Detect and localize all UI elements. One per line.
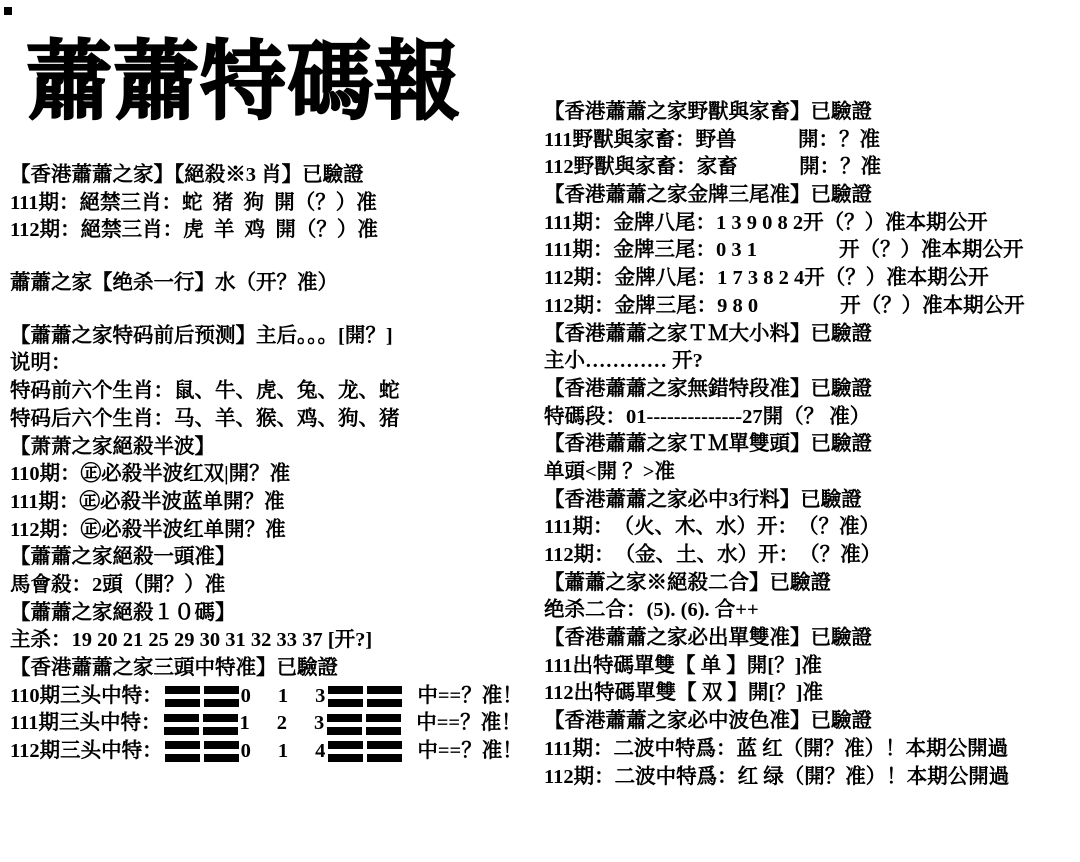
censored-block-icon [162, 714, 240, 735]
section-header-line: 【香港蕭蕭之家三頭中特准】已驗證 [10, 655, 538, 683]
text-line: 112期：絕禁三肖：虎 羊 鸡 開（？）准 [10, 217, 538, 245]
row-label: 111期三头中特： [10, 710, 162, 738]
result-digit: 1 [278, 683, 288, 711]
censored-block-icon [328, 686, 363, 707]
text-line: 主杀：19 20 21 25 29 30 31 32 33 37 [开?] [10, 627, 538, 655]
censored-block-icon [325, 714, 403, 735]
section-header-line: 【香港蕭蕭之家必中3行料】已驗證 [544, 487, 1080, 515]
row-result: 中==？准！ [417, 738, 522, 766]
result-digit: 3 [315, 683, 325, 711]
result-digit: 3 [314, 710, 324, 738]
section-header-line: 【蕭蕭之家絕殺一頭准】 [10, 544, 538, 572]
text-line: 111期：㊣必殺半波蓝单開？准 [10, 489, 538, 517]
row-result: 中==？准！ [416, 710, 521, 738]
text-line: 112期： （金、土、水）开： （？准） [544, 542, 1080, 570]
section-header-line: 【蕭蕭之家特码前后预测】主后。。。[開？] [10, 323, 538, 351]
text-line: 单頭<開 ？>准 [544, 459, 1080, 487]
result-digit: 1 [278, 738, 288, 766]
section-header-line: 【香港蕭蕭之家ＴＭ大小料】已驗證 [544, 321, 1080, 349]
section-header-line: 【香港蕭蕭之家】【絕殺※3 肖】已驗證 [10, 162, 538, 190]
text-line: 112期：二波中特爲：红 绿（開？准）！本期公開過 [544, 764, 1080, 792]
three-head-result-row: 110期三头中特：013中==？准！ [10, 683, 538, 711]
text-line: 说明： [10, 350, 538, 378]
result-digit: 2 [277, 710, 287, 738]
text-line: 特碼段：01--------------27開（？ 准） [544, 404, 1080, 432]
censored-block-icon [165, 741, 200, 762]
section-header-line: 【香港蕭蕭之家必中波色准】已驗證 [544, 708, 1080, 736]
section-header-line: 【蕭蕭之家※絕殺二合】已驗證 [544, 570, 1080, 598]
censored-block-icon [203, 714, 238, 735]
three-head-result-row: 111期三头中特：123中==？准！ [10, 710, 538, 738]
censored-block-icon [326, 686, 404, 707]
text-line: 111期： （火、木、水）开： （？准） [544, 514, 1080, 542]
text-line: 110期：㊣必殺半波红双|開？准 [10, 461, 538, 489]
newspaper-page: 蕭蕭特碼報 【香港蕭蕭之家】【絕殺※3 肖】已驗證111期：絕禁三肖：蛇 猪 狗… [0, 0, 1080, 862]
text-line: 112野獸與家畜：家畜 開：？准 [544, 154, 1080, 182]
text-line: 111出特碼單雙【 单 】開[？]准 [544, 653, 1080, 681]
text-line: 111野獸與家畜：野兽 開：？准 [544, 127, 1080, 155]
censored-block-icon [165, 686, 200, 707]
three-head-result-row: 112期三头中特：014中==？准！ [10, 738, 538, 766]
text-line: 特码后六个生肖：马、羊、猴、鸡、狗、猪 [10, 406, 538, 434]
masthead-title: 蕭蕭特碼報 [26, 34, 461, 130]
text-line: 蕭蕭之家【绝杀一行】水（开？准） [10, 270, 538, 298]
text-line: 特码前六个生肖：鼠、牛、虎、兔、龙、蛇 [10, 378, 538, 406]
text-line: 112期：金牌三尾：9 8 0 开（？）准本期公开 [544, 293, 1080, 321]
censored-block-icon [367, 686, 402, 707]
result-digit: 0 [241, 738, 251, 766]
line-gap [10, 245, 538, 270]
censored-block-icon [367, 741, 402, 762]
section-header-line: 【香港蕭蕭之家金牌三尾准】已驗證 [544, 182, 1080, 210]
section-header-line: 【香港蕭蕭之家ＴＭ單雙頭】已驗證 [544, 431, 1080, 459]
section-header-line: 【萧萧之家絕殺半波】 [10, 434, 538, 462]
row-label: 110期三头中特： [10, 683, 163, 711]
section-header-line: 【蕭蕭之家絕殺１０碼】 [10, 600, 538, 628]
section-header-line: 【香港蕭蕭之家無錯特段准】已驗證 [544, 376, 1080, 404]
censored-block-icon [163, 686, 241, 707]
right-column: 【香港蕭蕭之家野獸與家畜】已驗證111野獸與家畜：野兽 開：？准112野獸與家畜… [544, 99, 1080, 791]
result-digit: 1 [240, 710, 250, 738]
censored-block-icon [204, 741, 239, 762]
print-artifact-mark [4, 7, 12, 15]
censored-block-icon [366, 714, 401, 735]
line-gap [10, 298, 538, 323]
left-column: 【香港蕭蕭之家】【絕殺※3 肖】已驗證111期：絕禁三肖：蛇 猪 狗 開（？）准… [10, 162, 538, 766]
result-digit: 4 [315, 738, 325, 766]
text-line: 111期：金牌三尾：0 3 1 开（？）准本期公开 [544, 237, 1080, 265]
censored-block-icon [204, 686, 239, 707]
censored-block-icon [328, 741, 363, 762]
text-line: 绝杀二合：(5). (6). 合++ [544, 597, 1080, 625]
text-line: 主小………… 开? [544, 348, 1080, 376]
row-result: 中==？准！ [417, 683, 522, 711]
text-line: 112期：㊣必殺半波红单開？准 [10, 517, 538, 545]
section-header-line: 【香港蕭蕭之家野獸與家畜】已驗證 [544, 99, 1080, 127]
censored-block-icon [326, 741, 404, 762]
censored-block-icon [327, 714, 362, 735]
text-line: 111期：二波中特爲：蓝 红（開？准）！本期公開過 [544, 736, 1080, 764]
text-line: 112期：金牌八尾：1 7 3 8 2 4开（？）准本期公开 [544, 265, 1080, 293]
text-line: 111期：金牌八尾：1 3 9 0 8 2开（？）准本期公开 [544, 210, 1080, 238]
censored-block-icon [163, 741, 241, 762]
result-digit: 0 [241, 683, 251, 711]
row-label: 112期三头中特： [10, 738, 163, 766]
text-line: 馬會殺：2頭（開？）准 [10, 572, 538, 600]
section-header-line: 【香港蕭蕭之家必出單雙准】已驗證 [544, 625, 1080, 653]
text-line: 112出特碼單雙【 双 】開[？]准 [544, 680, 1080, 708]
text-line: 111期：絕禁三肖：蛇 猪 狗 開（？）准 [10, 190, 538, 218]
censored-block-icon [164, 714, 199, 735]
